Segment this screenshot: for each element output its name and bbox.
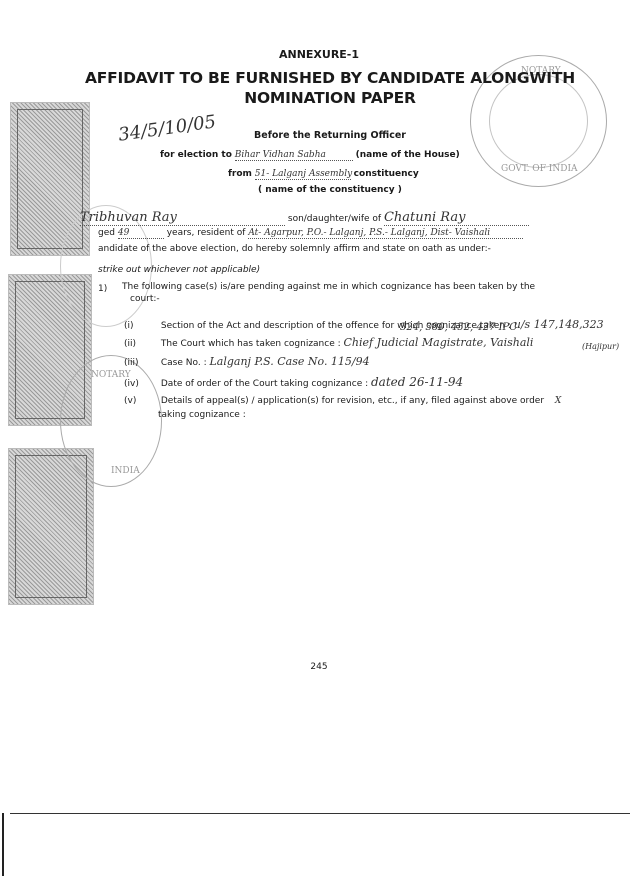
before-returning-officer: Before the Returning Officer: [180, 130, 480, 141]
annexure-label: ANNEXURE-1: [0, 48, 638, 61]
subitem-i: (i) Section of the Act and description o…: [124, 318, 604, 331]
left-edge-rule: [2, 813, 4, 876]
page-number: 245: [0, 662, 638, 672]
subitem-ii-value-2: (Hajipur): [582, 342, 619, 351]
constituency-line: from 51- Lalganj Assembly constituency: [228, 169, 419, 180]
candidate-name-field: Tribhuvan Ray: [80, 210, 285, 226]
father-name-field: Chatuni Ray: [384, 210, 529, 226]
election-field: Bihar Vidhan Sabha: [235, 150, 353, 161]
subitem-ii: (ii) The Court which has taken cognizanc…: [124, 336, 533, 349]
subitem-v: (v) Details of appeal(s) / application(s…: [124, 396, 561, 406]
subitem-v-line2: taking cognizance :: [158, 410, 246, 420]
subitem-iv: (iv) Date of order of the Court taking c…: [124, 375, 463, 389]
oath-line: andidate of the above election, do hereb…: [98, 244, 491, 254]
subitem-iii: (iii) Case No. : Lalganj P.S. Case No. 1…: [124, 355, 370, 368]
subitem-i-value-2: 324, 380, 452, 427 IPC: [400, 322, 517, 333]
strike-note: strike out whichever not applicable): [98, 265, 260, 275]
election-line: for election to Bihar Vidhan Sabha (name…: [160, 150, 460, 161]
candidate-line: Tribhuvan Ray son/daughter/wife of Chatu…: [80, 210, 529, 226]
item-intro: The following case(s) is/are pending aga…: [122, 282, 535, 304]
bottom-rule: [10, 813, 630, 814]
age-field: 49: [118, 228, 164, 239]
address-field: At- Agarpur, P.O.- Lalganj, P.S.- Lalgan…: [248, 228, 523, 239]
constituency-note: ( name of the constituency ): [258, 185, 402, 195]
item-marker: 1): [98, 284, 107, 294]
document-title: AFFIDAVIT TO BE FURNISHED BY CANDIDATE A…: [80, 68, 580, 108]
age-address-line: ged 49 years, resident of At- Agarpur, P…: [98, 228, 523, 239]
constituency-field: 51- Lalganj Assembly: [255, 169, 351, 180]
